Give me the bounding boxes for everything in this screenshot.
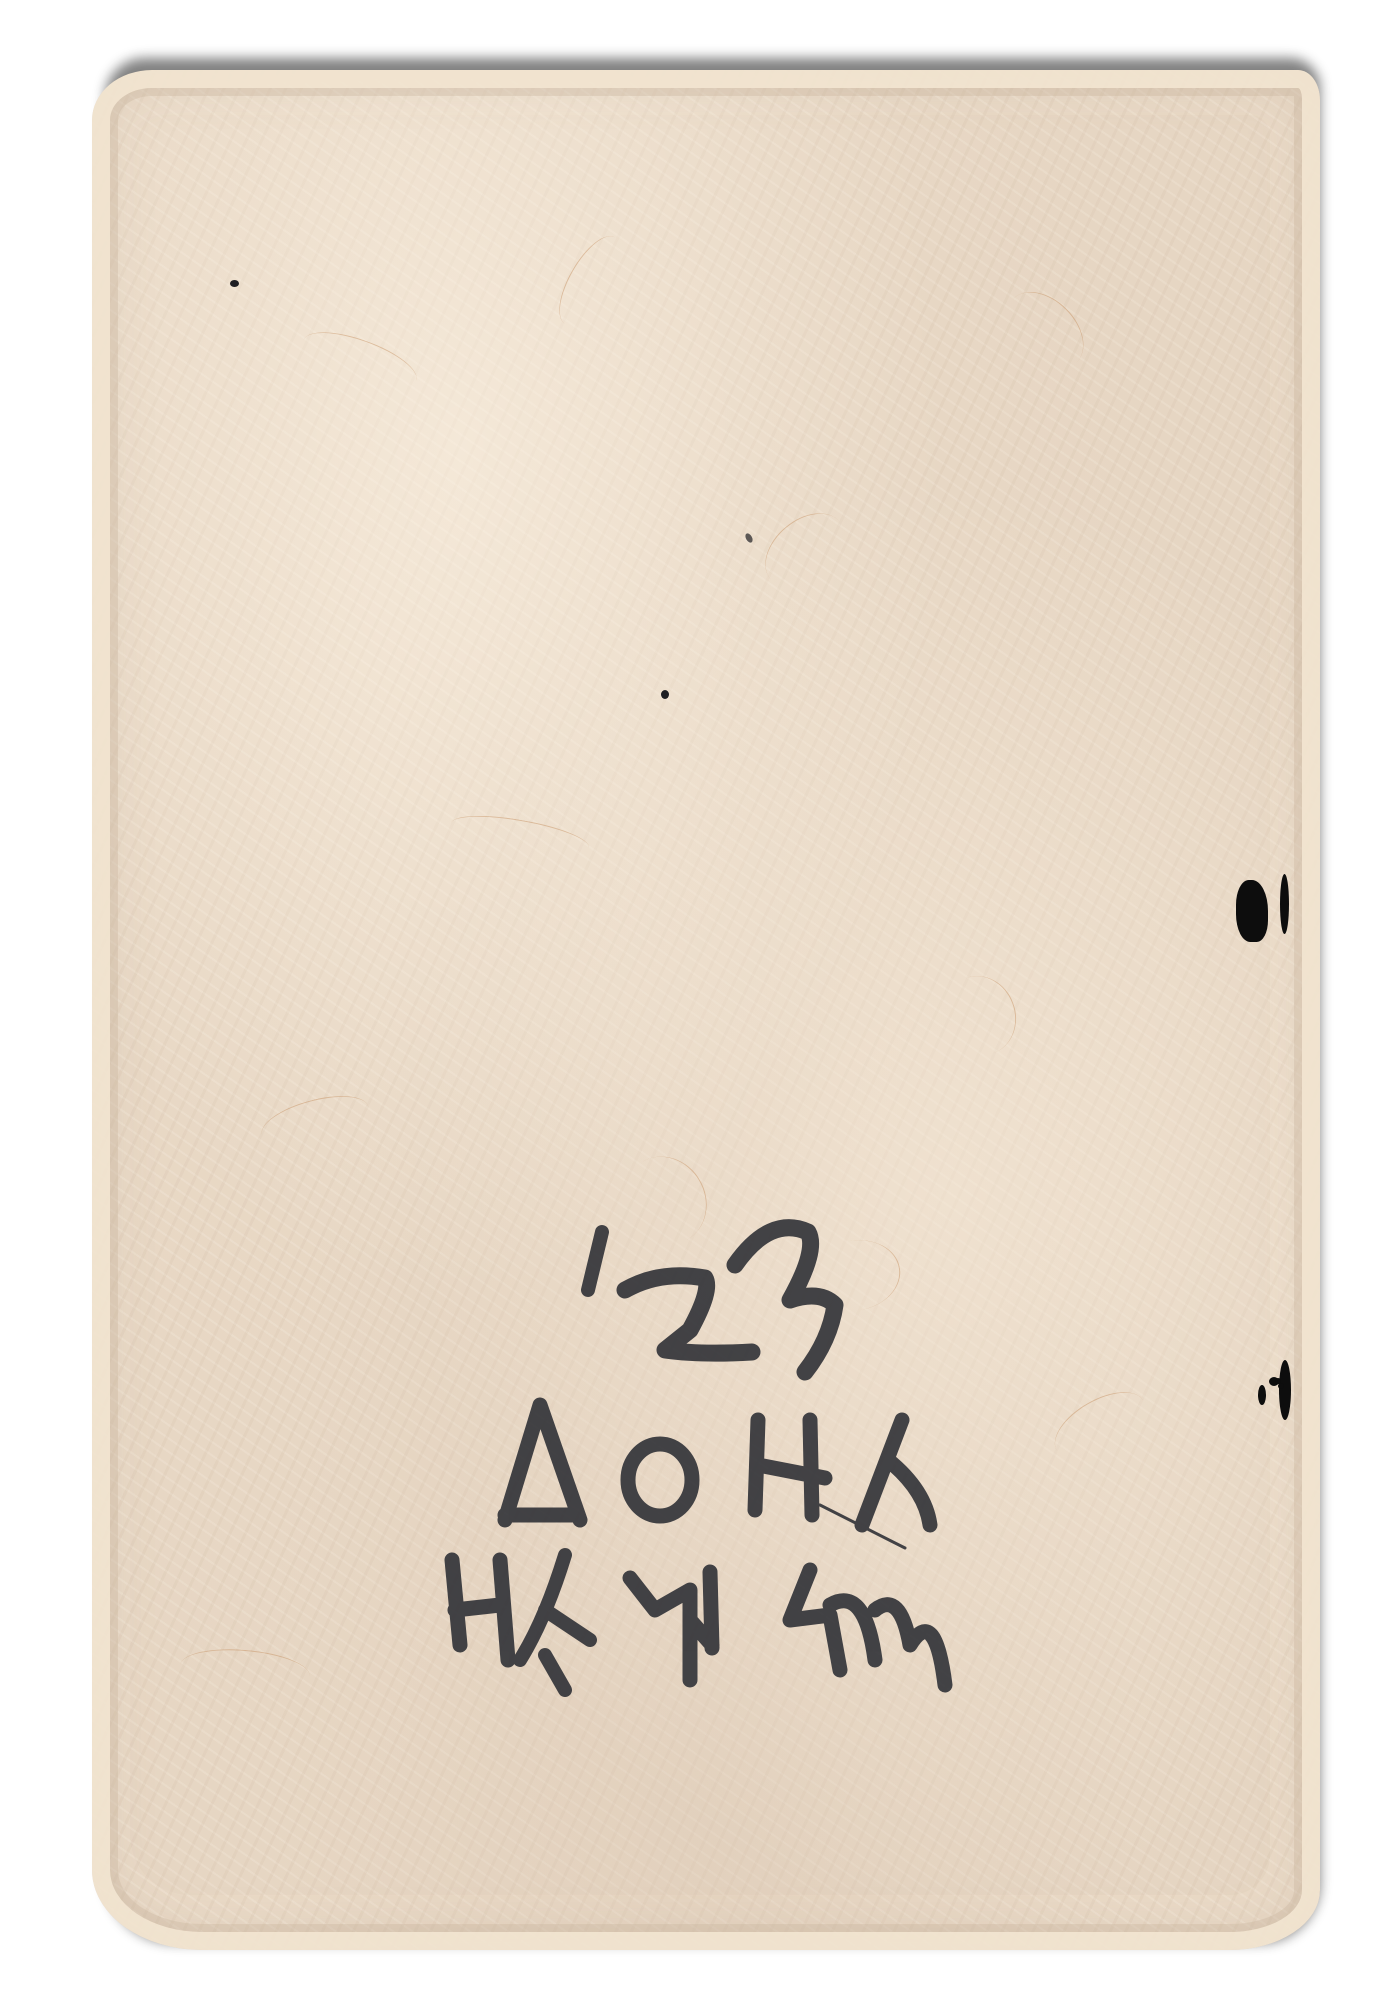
ink-blotch: [1279, 1360, 1291, 1420]
ink-blotch: [1258, 1385, 1266, 1405]
ink-blotch: [1277, 1380, 1281, 1384]
ink-blotch: [1236, 880, 1268, 942]
handwriting-line-3: HΛ ʮ ɥʍ: [0, 0, 1, 1]
handmade-paper-card: [92, 70, 1320, 1950]
photo-scene: '23 ΔOHΔ HΛ ʮ ɥʍ: [0, 0, 1400, 2000]
handwriting-line-2: ΔOHΔ: [0, 0, 1, 1]
handwriting-line-1: '23: [0, 0, 1, 1]
ink-speck: [661, 690, 669, 699]
ink-blotch: [1280, 874, 1289, 934]
ink-speck: [230, 280, 239, 287]
